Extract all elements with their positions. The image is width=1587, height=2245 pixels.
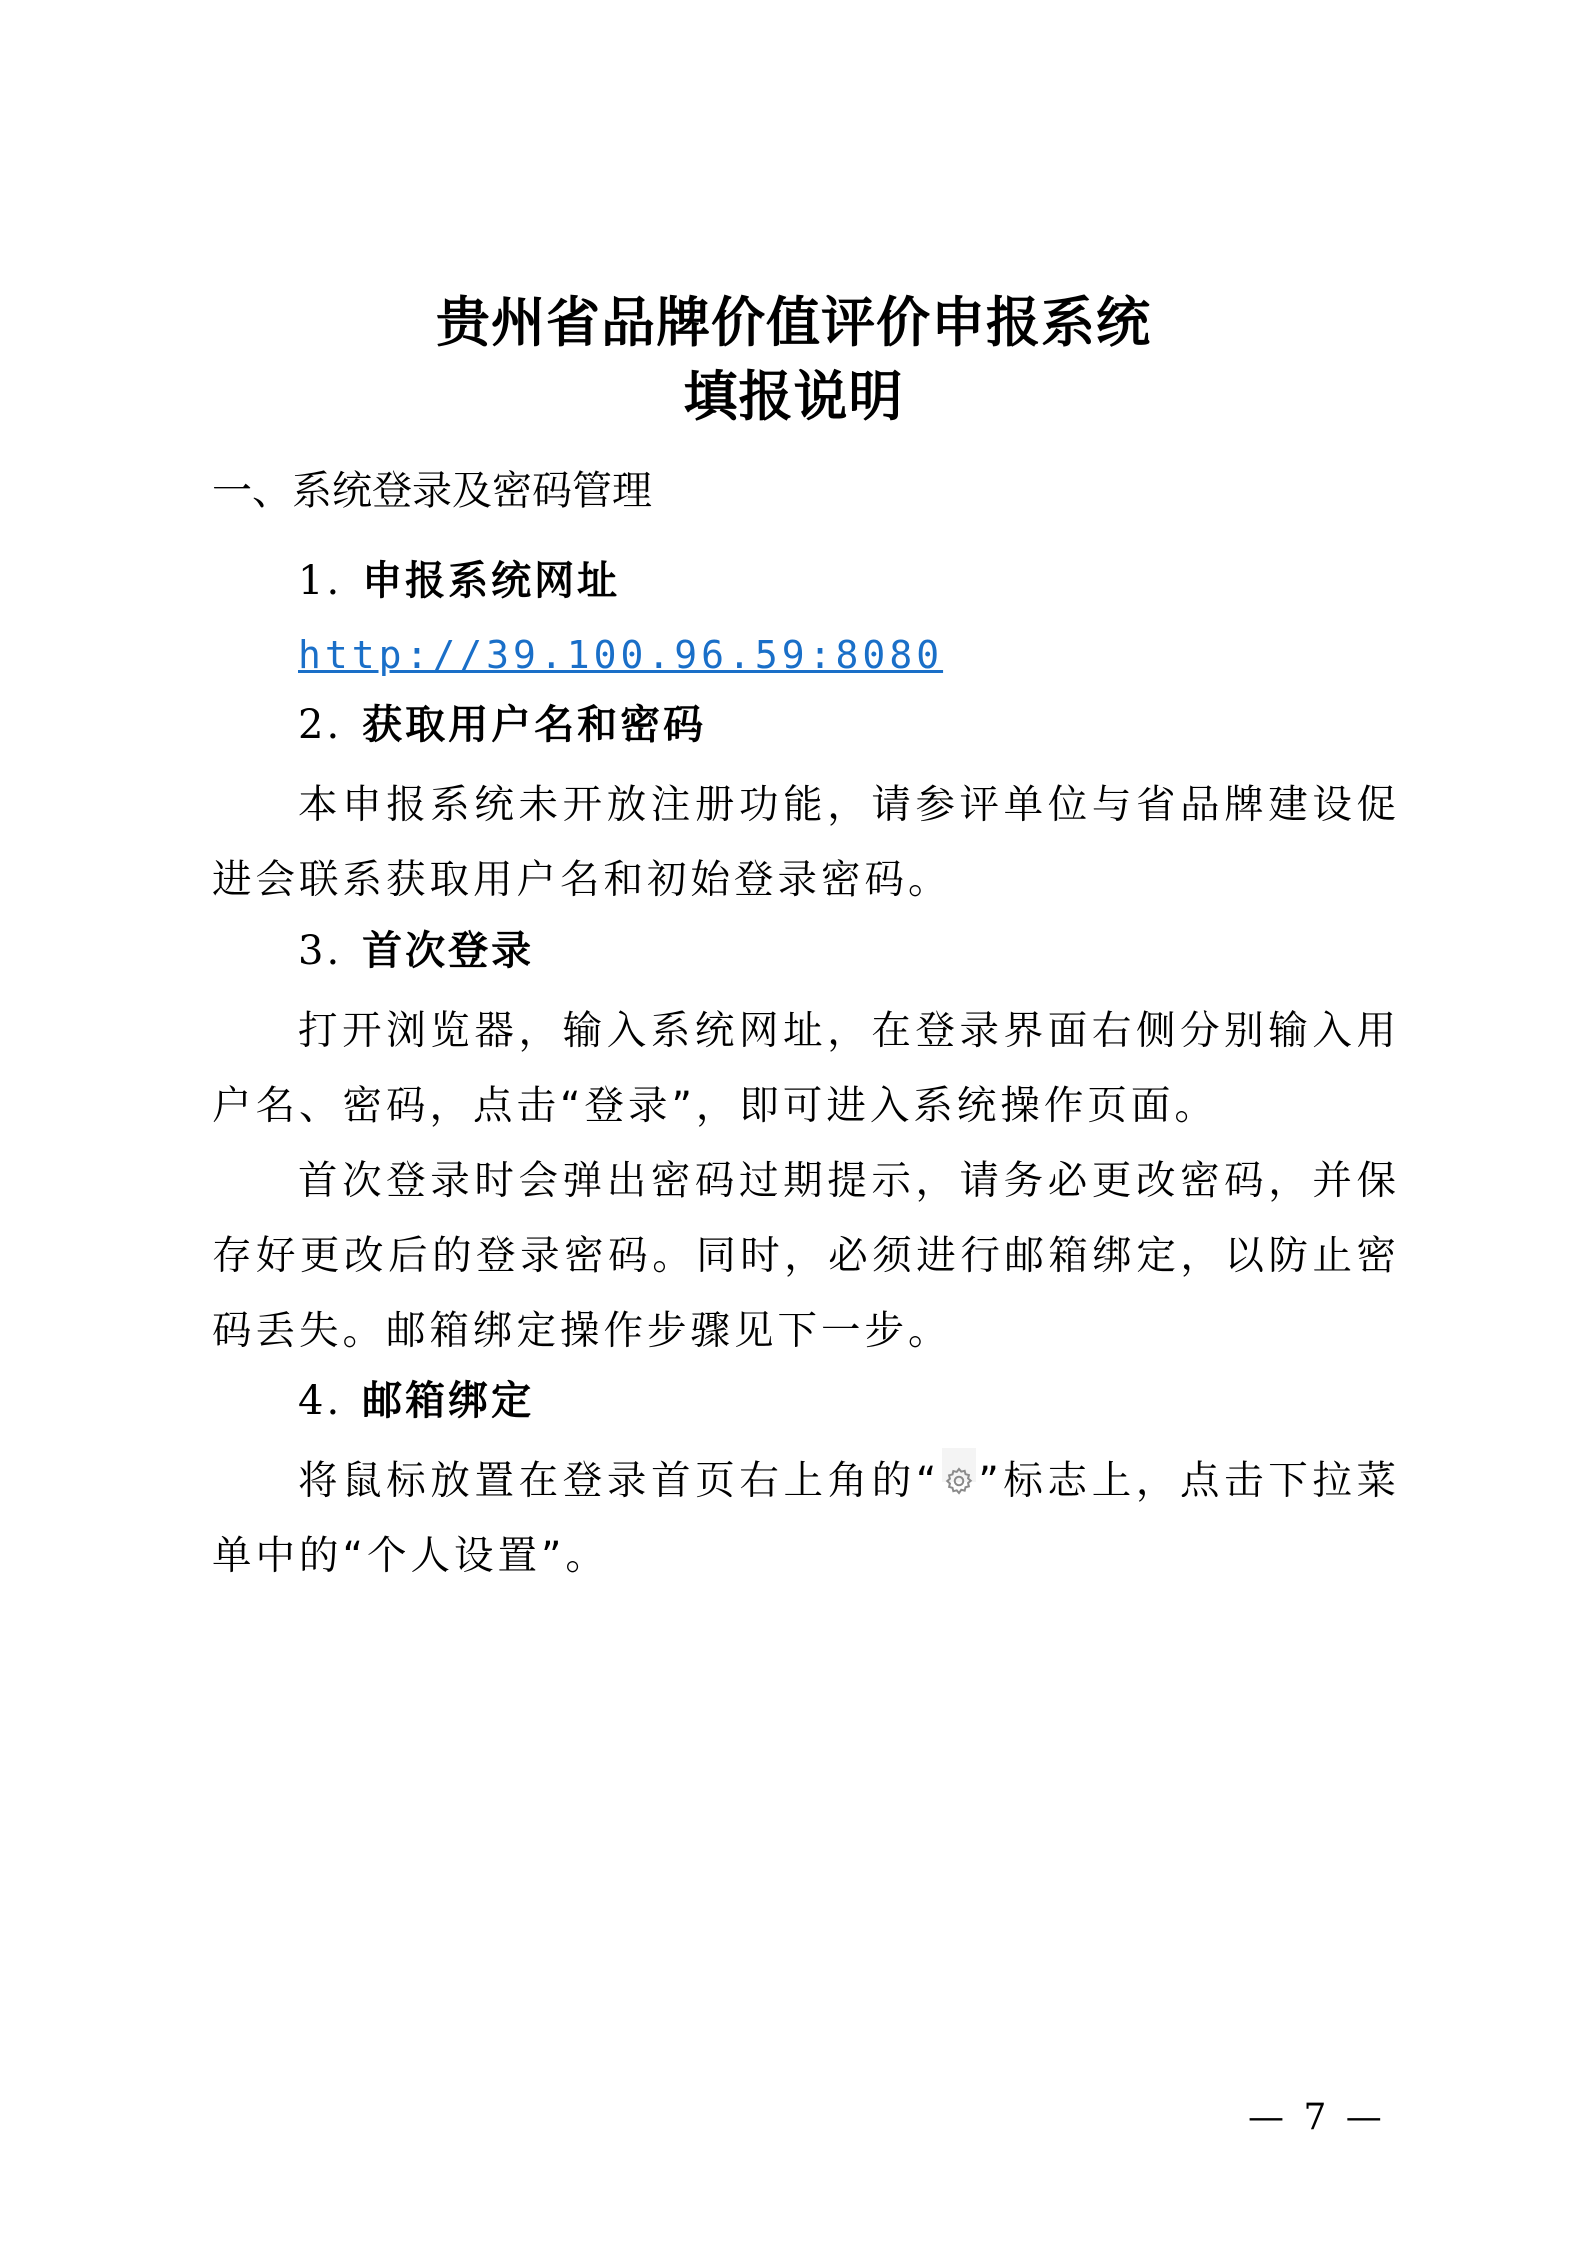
item-title: 获取用户名和密码 — [362, 702, 706, 748]
system-url-link[interactable]: http://39.100.96.59:8080 — [298, 630, 943, 680]
item-heading-1: 1.申报系统网址 — [298, 556, 620, 606]
item-title: 申报系统网址 — [362, 558, 620, 604]
paragraph-email-binding: 将鼠标放置在登录首页右上角的“”标志上，点击下拉菜单中的“个人设置”。 — [212, 1444, 1400, 1594]
item-heading-3: 3.首次登录 — [298, 926, 534, 976]
item-number: 3. — [298, 928, 342, 974]
section-heading: 一、系统登录及密码管理 — [212, 466, 652, 516]
item-heading-4: 4.邮箱绑定 — [298, 1376, 534, 1426]
paragraph-password-expiry: 首次登录时会弹出密码过期提示，请务必更改密码，并保存好更改后的登录密码。同时，必… — [212, 1144, 1400, 1369]
document-title: 贵州省品牌价值评价申报系统 — [0, 292, 1587, 352]
item-title: 邮箱绑定 — [362, 1378, 534, 1424]
item-title: 首次登录 — [362, 928, 534, 974]
paragraph-first-login: 打开浏览器，输入系统网址，在登录界面右侧分别输入用户名、密码，点击“登录”，即可… — [212, 994, 1400, 1144]
item-number: 2. — [298, 702, 342, 748]
paragraph-text: 将鼠标放置在登录首页右上角的“ — [298, 1458, 940, 1504]
item-number: 1. — [298, 558, 342, 604]
document-subtitle: 填报说明 — [0, 366, 1587, 426]
item-number: 4. — [298, 1378, 342, 1424]
gear-icon — [942, 1448, 976, 1482]
paragraph-credentials: 本申报系统未开放注册功能，请参评单位与省品牌建设促进会联系获取用户名和初始登录密… — [212, 768, 1400, 918]
item-heading-2: 2.获取用户名和密码 — [298, 700, 706, 750]
page-number: — 7 — — [1248, 2098, 1386, 2138]
